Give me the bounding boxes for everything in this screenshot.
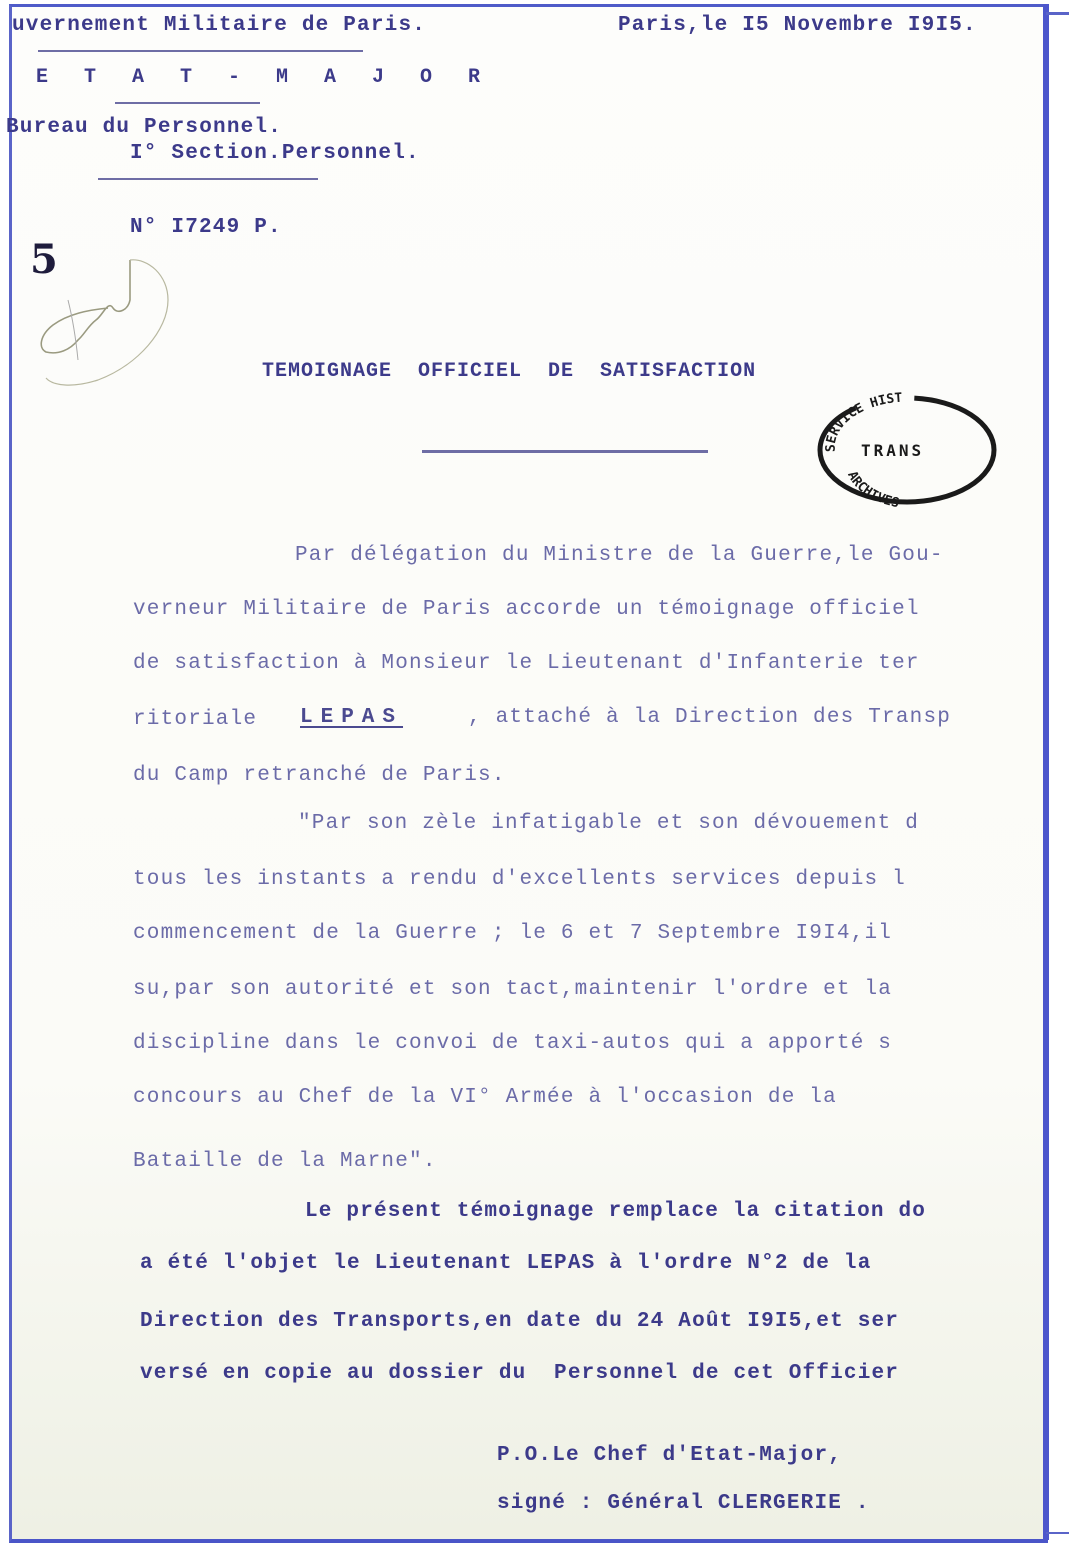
- body-line-4b: , attaché à la Direction des Transp: [468, 706, 951, 729]
- frame-bottom-extension: [1046, 1532, 1069, 1534]
- department-header: E T A T - M A J O R: [36, 66, 492, 89]
- body-line-5: du Camp retranché de Paris.: [133, 764, 506, 787]
- organization-header: uvernement Militaire de Paris.: [12, 14, 426, 37]
- citation-line-4: su,par son autorité et son tact,mainteni…: [133, 978, 892, 1001]
- title-rule: [422, 450, 708, 453]
- citation-line-5: discipline dans le convoi de taxi-autos …: [133, 1032, 892, 1055]
- body-line-1: Par délégation du Ministre de la Guerre,…: [295, 544, 944, 567]
- citation-line-6: concours au Chef de la VI° Armée à l'occ…: [133, 1086, 837, 1109]
- closing-line-3: Direction des Transports,en date du 24 A…: [140, 1310, 899, 1333]
- frame-top-extension: [1046, 12, 1069, 15]
- section-line: I° Section.Personnel.: [130, 142, 420, 165]
- signature-title: P.O.Le Chef d'Etat-Major,: [497, 1444, 842, 1467]
- body-line-3: de satisfaction à Monsieur le Lieutenant…: [133, 652, 920, 675]
- citation-line-7: Bataille de la Marne".: [133, 1150, 437, 1173]
- frame-right-border: [1043, 4, 1049, 1540]
- signature-name: signé : Général CLERGERIE .: [497, 1492, 870, 1515]
- body-line-2: verneur Militaire de Paris accorde un té…: [133, 598, 920, 621]
- body-line-4a: ritoriale: [133, 708, 257, 731]
- closing-line-4: versé en copie au dossier du Personnel d…: [140, 1362, 899, 1385]
- header-rule-3: [98, 178, 318, 180]
- reference-number: N° I7249 P.: [130, 216, 282, 239]
- handwritten-initials-icon: [18, 240, 188, 390]
- closing-line-2: a été l'objet le Lieutenant LEPAS à l'or…: [140, 1252, 872, 1275]
- place-date: Paris,le I5 Novembre I9I5.: [618, 14, 977, 37]
- citation-line-3: commencement de la Guerre ; le 6 et 7 Se…: [133, 922, 892, 945]
- stamp-center-text: TRANS: [861, 441, 924, 460]
- closing-line-1: Le présent témoignage remplace la citati…: [305, 1200, 926, 1223]
- header-rule-2: [115, 102, 260, 104]
- document-title: TEMOIGNAGE OFFICIEL DE SATISFACTION: [262, 360, 756, 383]
- bureau-line: Bureau du Personnel.: [6, 116, 282, 139]
- officer-name-underlined: LEPAS: [300, 706, 403, 729]
- stamp-bottom-text: ARCHIVES: [844, 469, 901, 508]
- archive-stamp: SERVICE HIST TRANS ARCHIVES: [813, 390, 998, 508]
- svg-text:ARCHIVES: ARCHIVES: [844, 469, 901, 508]
- header-rule-1: [38, 50, 363, 52]
- citation-line-1: "Par son zèle infatigable et son dévouem…: [298, 812, 919, 835]
- citation-line-2: tous les instants a rendu d'excellents s…: [133, 868, 906, 891]
